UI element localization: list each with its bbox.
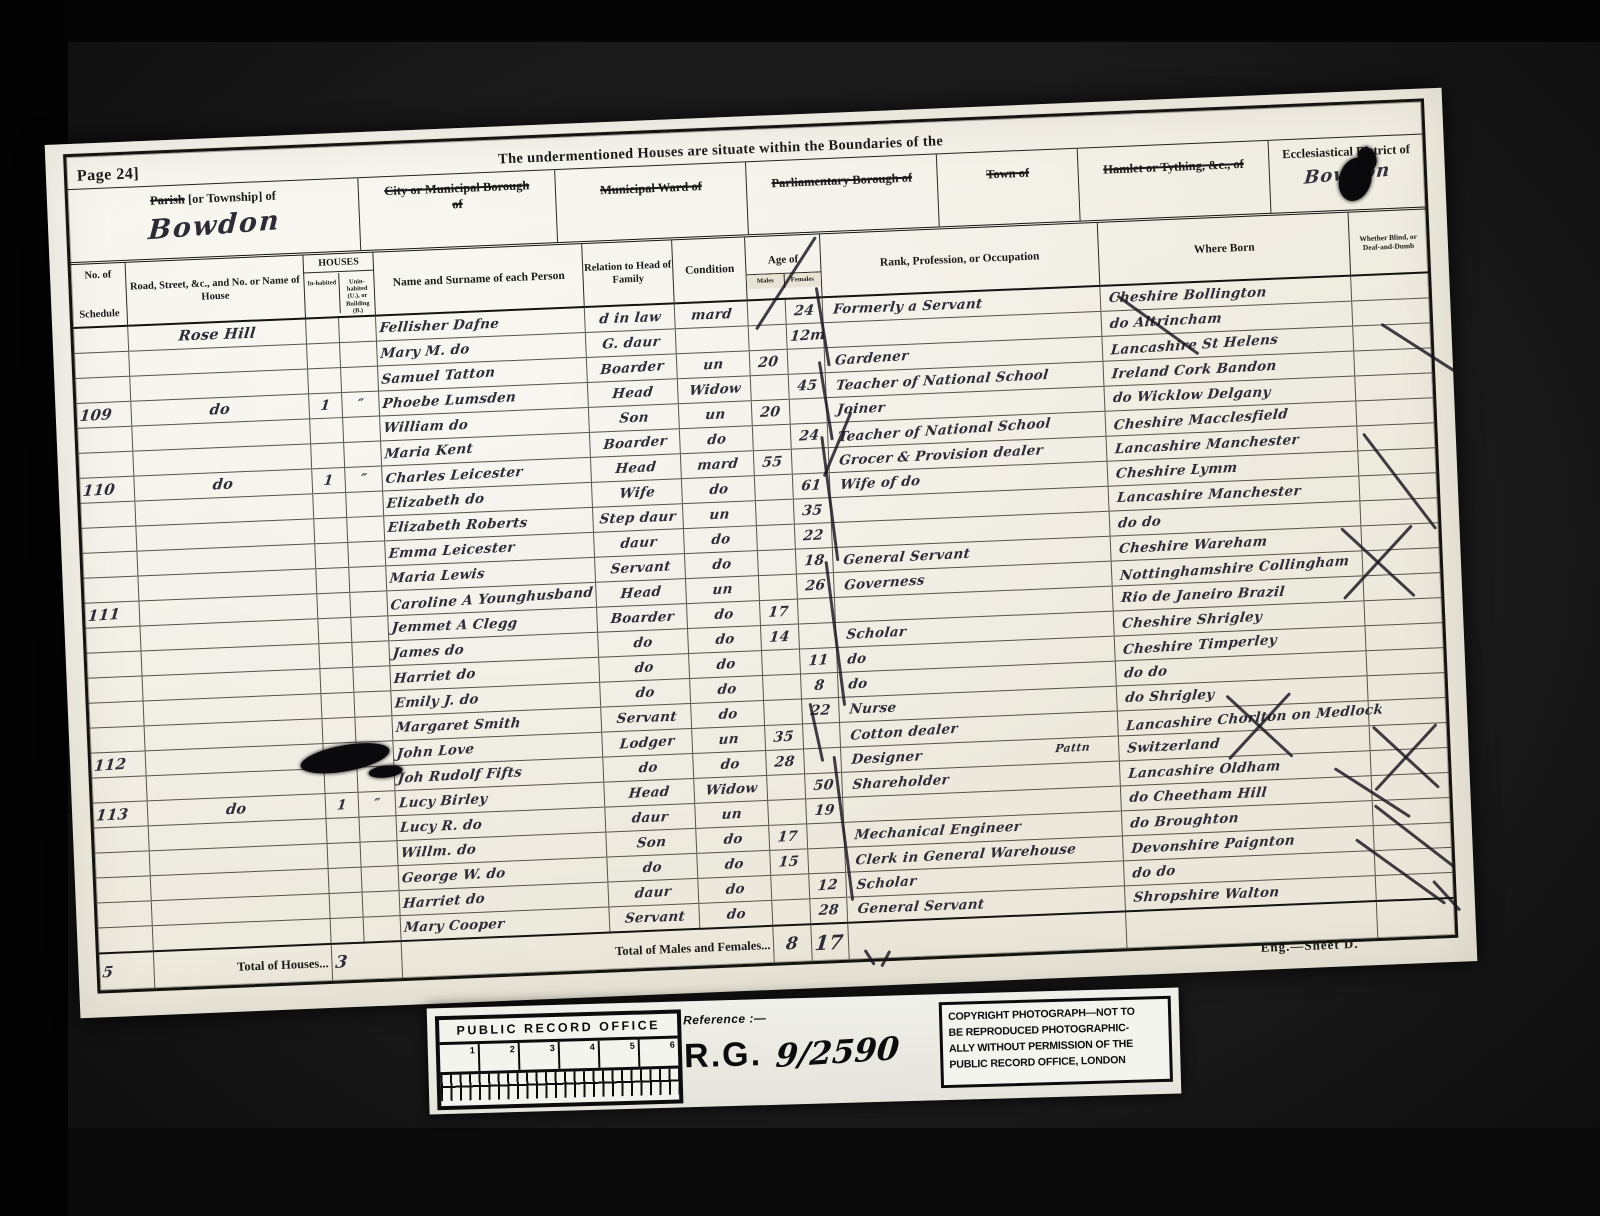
birthplace-value: Cheshire Timperley <box>1123 632 1278 658</box>
relation-value: Head <box>612 384 654 402</box>
blind-cell-empty <box>1357 423 1435 451</box>
form-frame: Page 24] The undermentioned Houses are s… <box>63 98 1458 993</box>
condition-value: do <box>726 906 747 923</box>
parliamentary-borough-label: Parliamentary Borough of <box>746 161 937 192</box>
street-name: do <box>212 475 234 493</box>
occupation-value: Nurse <box>848 700 897 718</box>
person-name: Mary Cooper <box>404 916 506 936</box>
age-male-value: 15 <box>778 854 800 871</box>
age-female-value: 35 <box>801 502 823 519</box>
col-header-schedule: No. of Schedule <box>71 263 128 328</box>
condition-value: un <box>703 356 725 373</box>
person-name: Lucy R. do <box>400 817 484 836</box>
relation-value: Step daur <box>599 509 677 528</box>
totals-houses-value: 3 <box>335 952 349 973</box>
relation-value: Servant <box>624 909 686 927</box>
condition-value: do <box>720 756 741 773</box>
blind-cell-empty <box>1363 573 1441 601</box>
condition-value: do <box>713 606 734 623</box>
relation-value: do <box>635 684 656 701</box>
condition-value: do <box>717 681 738 698</box>
age-header-title: Age of <box>746 244 820 275</box>
person-name: Margaret Smith <box>395 715 522 736</box>
condition-value: do <box>724 856 745 873</box>
houses-inhabited-header: In-habited <box>304 273 340 314</box>
relation-value: Servant <box>615 709 677 727</box>
occupation-value: Scholar <box>855 873 916 893</box>
totals-males-value: 8 <box>785 934 799 955</box>
age-male-value: 20 <box>758 354 780 371</box>
hamlet-box: Hamlet or Tything, &c., of <box>1078 141 1272 221</box>
houses-header-title: HOUSES <box>303 256 375 273</box>
blind-cell-empty <box>1355 373 1433 401</box>
ecclesiastical-box: Ecclesiastical District of Bowdon <box>1269 135 1426 213</box>
occupation-value: Gardener <box>834 348 909 369</box>
occupation-value: General Servant <box>842 546 971 569</box>
person-name: John Love <box>396 741 475 762</box>
col-header-born: Where Born <box>1098 213 1351 286</box>
age-female-value: 28 <box>817 902 839 919</box>
street-name: Rose Hill <box>178 325 257 345</box>
condition-value: do <box>716 656 737 673</box>
blind-cell-empty <box>1352 298 1430 326</box>
occupation-value: Scholar <box>845 624 907 643</box>
relation-value: Head <box>615 459 657 477</box>
birthplace-value: do Altrincham <box>1109 310 1223 332</box>
totals-females-value: 17 <box>814 930 845 956</box>
condition-value: do <box>710 531 731 548</box>
birthplace-value: do Wicklow Delgany <box>1113 384 1272 406</box>
age-males-header: Males <box>747 274 784 289</box>
blind-cell-empty <box>1373 822 1451 850</box>
occupation-value: Designer <box>850 748 922 768</box>
occupation-value: do <box>847 676 868 693</box>
condition-value: do <box>723 831 744 848</box>
ruler-inch-5: 5 <box>600 1040 641 1068</box>
relation-value: Head <box>620 584 662 603</box>
blind-cell-empty <box>1362 548 1440 576</box>
person-name: Emily J. do <box>394 691 480 711</box>
relation-value: do <box>634 659 655 676</box>
relation-value: Lodger <box>619 733 675 753</box>
birthplace-value: do do <box>1124 663 1169 681</box>
birthplace-value: Cheshire Shrigley <box>1122 609 1264 632</box>
age-females-header: Females <box>783 273 821 289</box>
film-edge-top <box>0 0 1600 42</box>
film-edge-bottom <box>0 1128 1600 1216</box>
blind-cell-empty <box>1374 847 1452 875</box>
blind-cell-empty <box>1358 448 1436 476</box>
age-female-value: 22 <box>809 702 831 719</box>
relation-value: Servant <box>609 558 671 577</box>
age-male-value: 28 <box>774 754 796 771</box>
col-header-occupation: Rank, Profession, or Occupation <box>819 223 1100 297</box>
occupation-value: Joiner <box>836 400 885 418</box>
parish-label-rest: [or Township] of <box>188 189 277 207</box>
person-name: Elizabeth do <box>386 491 486 512</box>
age-female-value: 11 <box>807 652 829 669</box>
person-name: Samuel Tatton <box>381 364 496 388</box>
occupation-value: Wife of do <box>839 473 921 493</box>
blind-cell-empty <box>1364 598 1442 626</box>
person-name: Jemmet A Clegg <box>391 615 518 636</box>
birthplace-value: do Shrigley <box>1125 687 1216 706</box>
relation-value: do <box>633 634 654 651</box>
town-box: Town of <box>937 149 1081 227</box>
relation-value: G. daur <box>601 334 660 353</box>
birthplace-value: Cheshire Lymm <box>1116 460 1239 482</box>
occupation-note: Pattn <box>1054 740 1090 755</box>
birthplace-value: Devonshire Paignton <box>1131 832 1296 857</box>
age-male-value: 35 <box>773 729 795 746</box>
condition-value: do <box>706 431 727 448</box>
relation-value: Boarder <box>610 609 675 627</box>
blind-cell-empty <box>1361 523 1439 551</box>
schedule-number: 111 <box>87 604 121 624</box>
occupation-value: Cotton dealer <box>849 721 958 744</box>
birthplace-value: Cheshire Wareham <box>1119 533 1269 557</box>
municipal-ward-box: Municipal Ward of <box>555 162 749 242</box>
condition-value: do <box>708 481 729 498</box>
blind-cell-empty <box>1370 748 1448 776</box>
blind-cell-empty <box>1353 323 1431 351</box>
birthplace-value: Shropshire Walton <box>1133 884 1281 906</box>
col-header-houses: HOUSES In-habited Unin-habited (U.), or … <box>303 253 376 319</box>
page-number-label: Page 24] <box>67 165 140 189</box>
age-female-value: 12 <box>816 877 838 894</box>
person-name: Mary M. do <box>380 341 471 362</box>
person-name: Joh Rudolf Fifts <box>397 764 523 786</box>
relation-value: daur <box>635 883 673 901</box>
relation-value: Son <box>636 834 667 852</box>
age-male-value: 20 <box>760 404 782 421</box>
relation-value: do <box>638 759 659 776</box>
parish-box: Parish [or Township] of Bowdon <box>68 178 362 262</box>
age-female-value: 12m <box>789 327 826 345</box>
ruler-inch-4: 4 <box>560 1041 601 1069</box>
blind-cell-empty <box>1369 723 1447 751</box>
col-header-street: Road, Street, &c., and No. or Name of Ho… <box>125 256 306 326</box>
ruler-inch-6: 6 <box>640 1039 679 1067</box>
schedule-number: 113 <box>95 804 129 824</box>
town-label: Town of <box>937 156 1078 185</box>
houses-uninhabited-value: ″ <box>373 796 381 812</box>
ruler-fine-ticks <box>441 1069 680 1102</box>
condition-value: do <box>725 881 746 898</box>
occupation-value: Governess <box>843 572 925 593</box>
condition-value: un <box>721 806 743 823</box>
col-header-relation: Relation to Head of Family <box>582 240 675 307</box>
street-name: do <box>209 400 231 418</box>
blind-cell-empty <box>1356 398 1434 426</box>
age-female-value: 50 <box>812 777 834 794</box>
age-female-value: 24 <box>793 303 815 320</box>
schedule-number: 109 <box>79 405 113 425</box>
relation-value: do <box>642 859 663 876</box>
condition-value: Widow <box>688 380 741 399</box>
blind-cell-empty <box>1360 498 1438 526</box>
person-name: Emma Leicester <box>388 539 516 562</box>
person-name: Maria Lewis <box>389 566 486 587</box>
copyright-box: COPYRIGHT PHOTOGRAPH—NOT TO BE REPRODUCE… <box>939 996 1173 1088</box>
relation-value: Head <box>628 784 670 802</box>
hamlet-label: Hamlet or Tything, &c., of <box>1078 148 1269 179</box>
age-male-value: 17 <box>768 604 790 621</box>
ecclesiastical-label: Ecclesiastical District of <box>1269 142 1424 164</box>
condition-value: un <box>709 506 731 523</box>
reference-box: Reference :— R.G. 9/2590 <box>683 1000 934 1101</box>
condition-value: un <box>712 581 734 598</box>
parish-value-handwritten: Bowdon <box>147 204 281 248</box>
condition-value: do <box>718 706 739 723</box>
person-name: Maria Kent <box>384 441 474 463</box>
municipal-ward-label: Municipal Ward of <box>555 169 746 200</box>
ruler-inch-2: 2 <box>480 1043 521 1071</box>
birthplace-value: do do <box>1118 513 1163 531</box>
age-female-value: 19 <box>813 802 835 819</box>
person-name: Lucy Birley <box>398 791 488 812</box>
occupation-value: Shareholder <box>851 772 949 793</box>
birthplace-value: Rio de Janeiro Brazil <box>1121 584 1286 606</box>
blind-cell-empty <box>1375 872 1453 901</box>
birthplace-value: do Broughton <box>1130 810 1240 832</box>
blind-cell-empty <box>1371 772 1449 800</box>
pro-stamp-strip: PUBLIC RECORD OFFICE 1 2 3 4 5 6 Referen… <box>427 988 1182 1115</box>
person-name: Harriet do <box>403 891 486 912</box>
condition-value: Widow <box>704 780 757 799</box>
person-name: James do <box>392 642 465 662</box>
col-header-condition: Condition <box>672 237 748 303</box>
blind-cell-empty <box>1351 272 1429 301</box>
birthplace-value: Lancashire Oldham <box>1128 758 1282 782</box>
col-header-age: Age of Males Females <box>745 234 822 300</box>
census-table: No. of Schedule Road, Street, &c., and N… <box>71 209 1456 990</box>
age-male-value: 17 <box>777 829 799 846</box>
age-female-value: 22 <box>802 527 824 544</box>
relation-value: Boarder <box>602 433 667 453</box>
ruler-inch-3: 3 <box>520 1042 561 1070</box>
blind-cell-empty <box>1354 348 1432 376</box>
relation-value: daur <box>631 809 669 826</box>
totals-schedule-note: 5 <box>102 963 115 982</box>
person-name: Willm. do <box>400 841 477 861</box>
birthplace-value: Ireland Cork Bandon <box>1111 358 1277 383</box>
person-name: Fellisher Dafne <box>379 316 500 337</box>
age-female-value: 24 <box>798 427 820 444</box>
relation-value: d in law <box>598 309 661 327</box>
houses-uninhabited-value: ″ <box>357 396 365 412</box>
birthplace-value: do Cheetham Hill <box>1129 785 1268 806</box>
houses-uninhabited-value: ″ <box>360 471 368 487</box>
birthplace-value: Lancashire Manchester <box>1117 483 1302 506</box>
age-female-value: 8 <box>813 677 825 694</box>
person-name: William do <box>383 417 469 436</box>
occupation-value: do <box>846 651 867 668</box>
parish-label-struck: Parish <box>150 192 185 207</box>
person-name: George W. do <box>401 865 506 886</box>
schedule-header-line1: No. of <box>72 268 124 283</box>
condition-value: un <box>718 731 740 748</box>
age-female-value: 61 <box>800 477 822 494</box>
parliamentary-borough-box: Parliamentary Borough of <box>746 154 940 234</box>
houses-inhabited-value: 1 <box>323 472 334 489</box>
age-female-value: 18 <box>803 552 825 569</box>
age-male-value: 55 <box>762 454 784 471</box>
blind-cell-empty <box>1372 797 1450 825</box>
blind-cell-empty <box>1366 648 1444 676</box>
schedule-number: 110 <box>82 480 116 500</box>
col-header-blind: Whether Blind, or Deaf-and-Dumb <box>1348 209 1428 275</box>
ecclesiastical-value-handwritten: Bowdon <box>1303 159 1391 190</box>
col-header-name: Name and Surname of each Person <box>373 244 584 316</box>
birthplace-value: do do <box>1132 863 1177 882</box>
occupation-value: Mechanical Engineer <box>853 819 1021 844</box>
houses-uninhabited-header: Unin-habited (U.), or Building (B.) <box>338 271 375 312</box>
birthplace-value: Cheshire Bollington <box>1108 284 1267 306</box>
schedule-number: 112 <box>93 754 127 774</box>
blind-cell-empty <box>1359 473 1437 501</box>
condition-value: mard <box>690 306 732 324</box>
city-borough-label: City or Municipal Borough of <box>359 177 556 216</box>
age-female-value: 26 <box>804 577 826 594</box>
census-table-body: Rose Hill Fellisher Dafne d in law mard … <box>73 272 1454 953</box>
person-name: Phoebe Lumsden <box>382 389 517 412</box>
houses-inhabited-value: 1 <box>320 397 331 414</box>
blind-cell-empty <box>1367 673 1445 701</box>
age-male-value: 14 <box>769 629 791 646</box>
condition-value: do <box>714 631 735 648</box>
relation-value: Wife <box>618 484 655 502</box>
houses-inhabited-value: 1 <box>337 797 348 814</box>
reference-piece-number: 9/2590 <box>774 1029 900 1075</box>
pro-ruler-box: PUBLIC RECORD OFFICE 1 2 3 4 5 6 <box>435 1009 684 1110</box>
person-name: Harriet do <box>393 666 476 687</box>
condition-value: do <box>711 556 732 573</box>
schedule-header-line2: Schedule <box>73 307 125 322</box>
age-female-value: 45 <box>796 377 818 394</box>
relation-value: Boarder <box>599 358 664 378</box>
relation-value: Son <box>618 410 649 427</box>
person-name: Elizabeth Roberts <box>387 515 529 536</box>
census-page: Page 24] The undermentioned Houses are s… <box>45 88 1478 1019</box>
blind-cell-empty <box>1365 623 1443 651</box>
city-borough-box: City or Municipal Borough of <box>358 170 558 250</box>
relation-value: daur <box>620 534 658 552</box>
condition-value: mard <box>696 456 739 474</box>
condition-value: un <box>705 406 727 423</box>
occupation-value: Formerly a Servant <box>832 296 983 318</box>
reference-label: Reference :— <box>683 1000 931 1027</box>
ruler-inch-1: 1 <box>440 1044 481 1072</box>
reference-series-prefix: R.G. <box>684 1035 763 1076</box>
person-name: Charles Leicester <box>385 464 524 487</box>
birthplace-value: Switzerland <box>1127 736 1221 757</box>
occupation-value: General Servant <box>857 896 985 917</box>
street-name: do <box>225 800 247 818</box>
